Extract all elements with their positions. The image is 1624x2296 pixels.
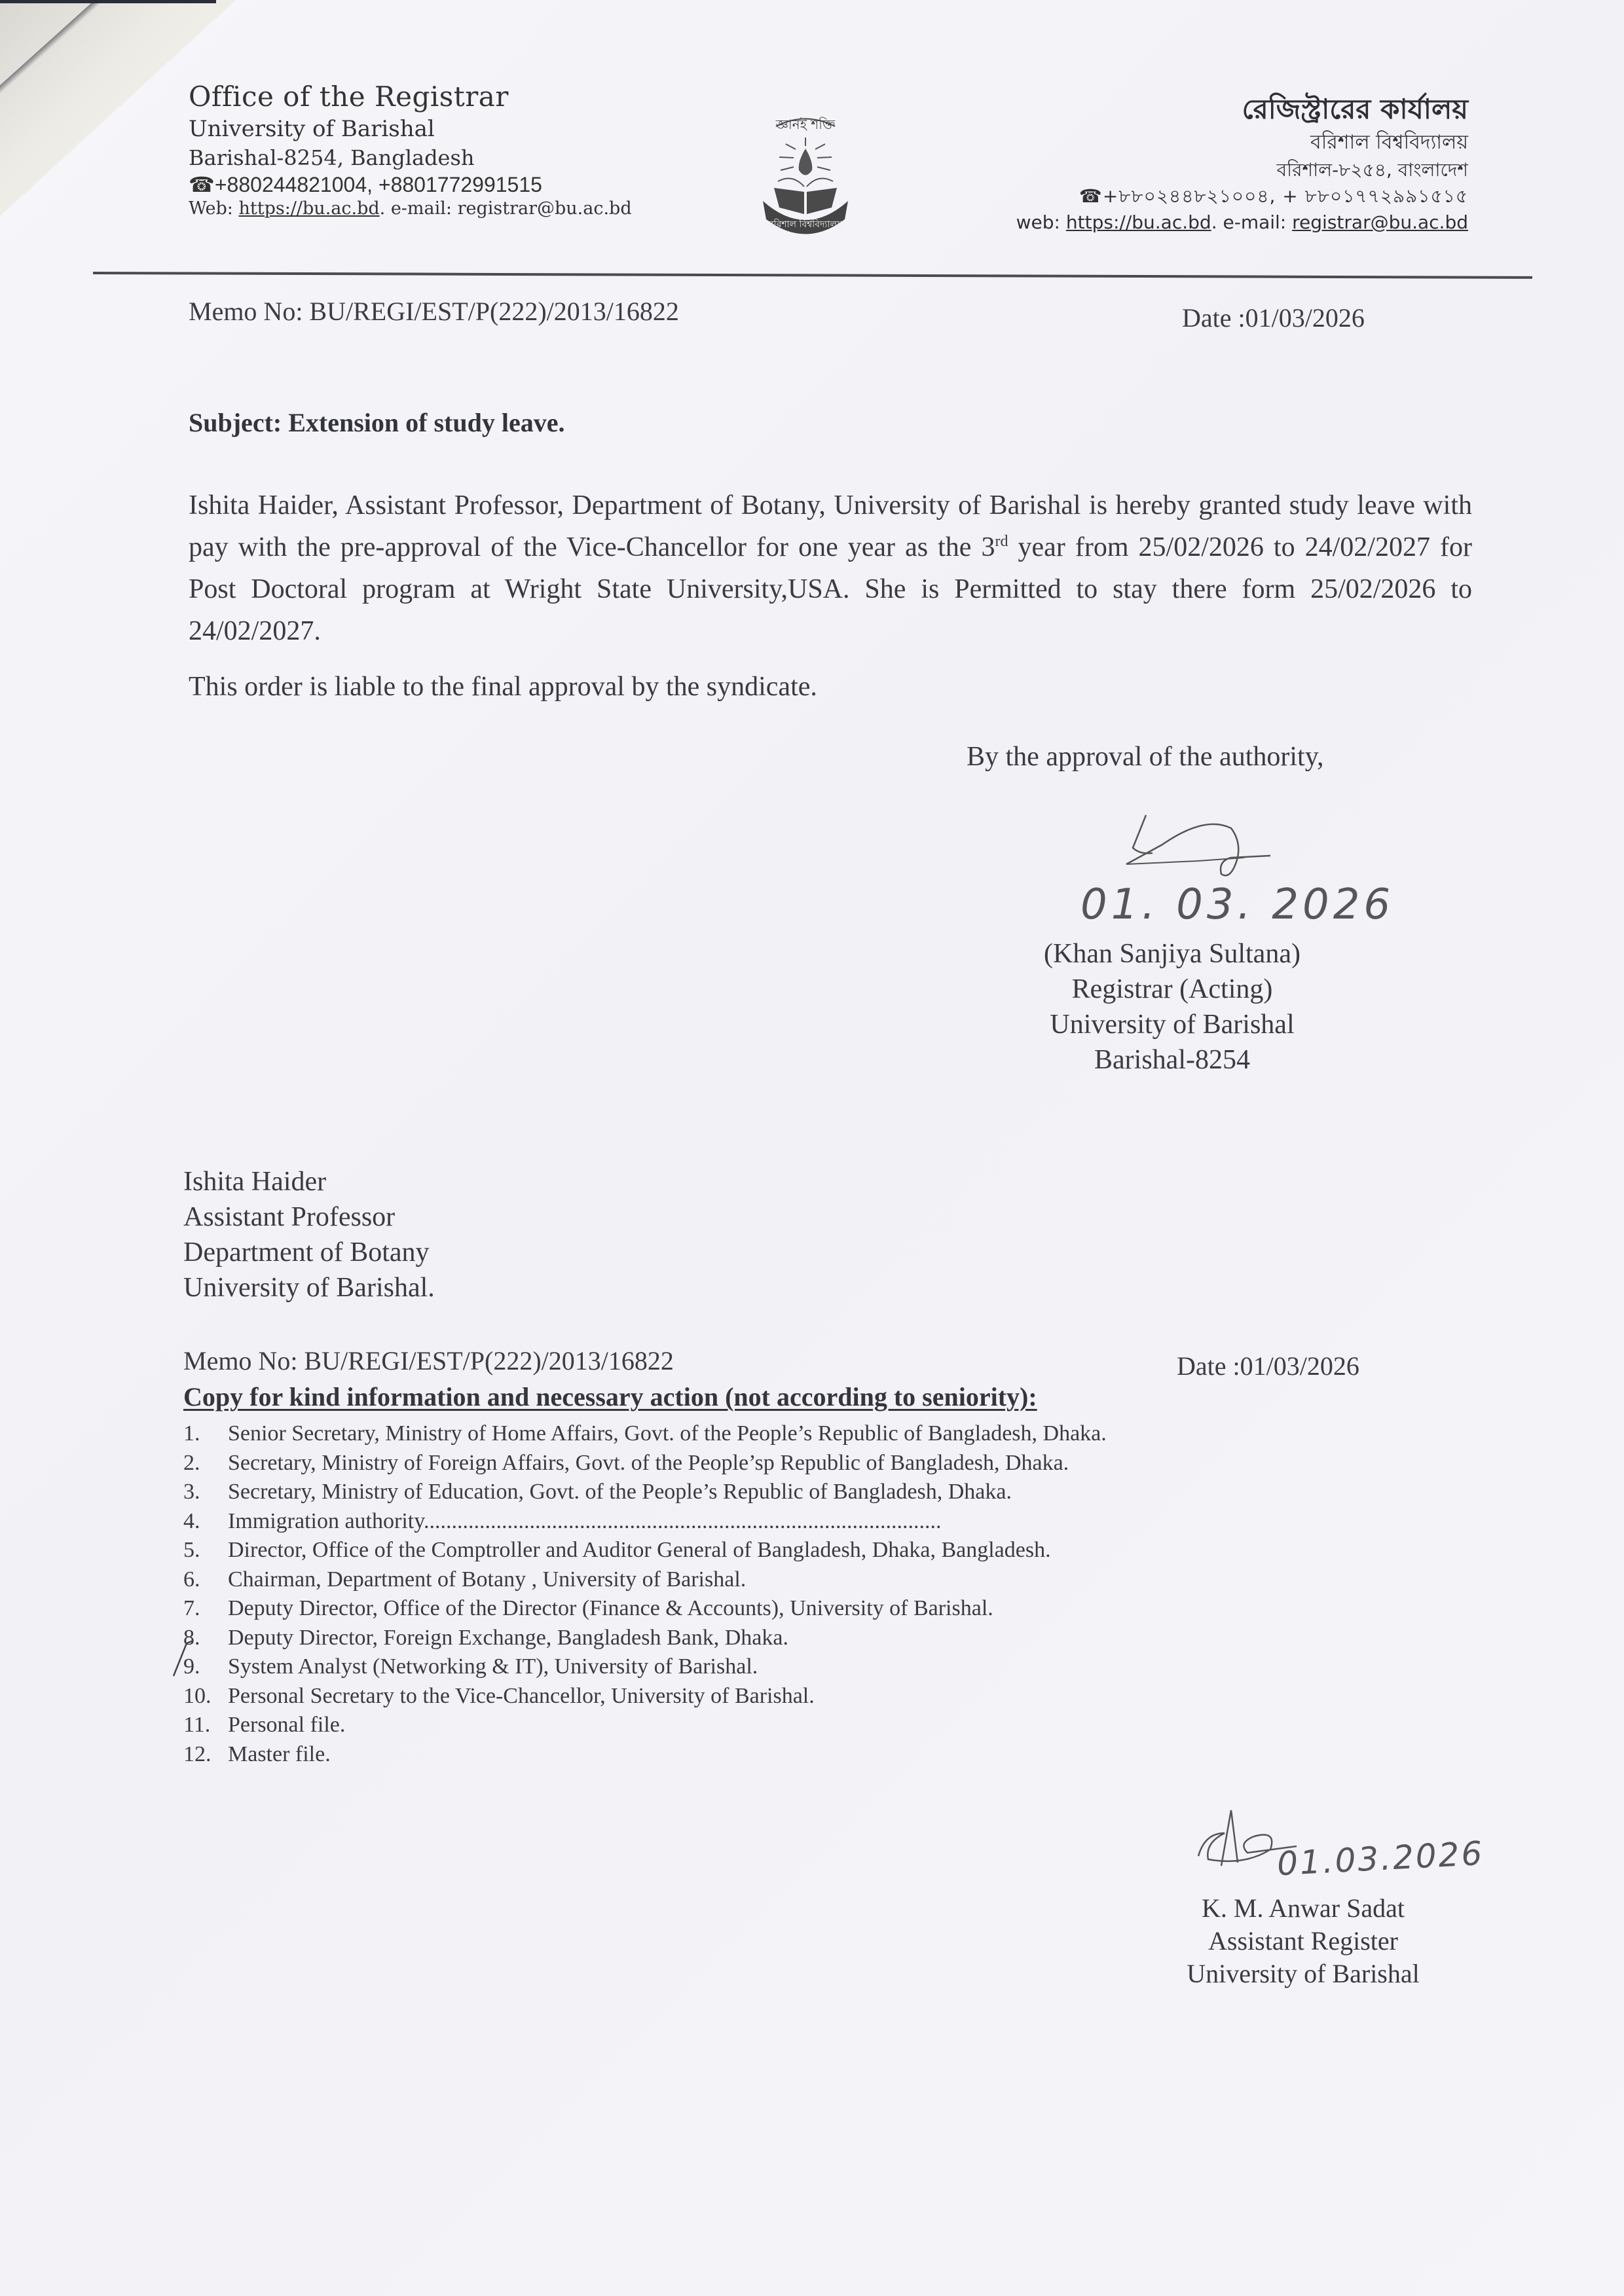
office-title-bangla: রেজিস্ট্রারের কার্যালয়: [1016, 90, 1468, 128]
assistant-registrar-block: K. M. Anwar Sadat Assistant Register Uni…: [1113, 1892, 1493, 1990]
recipient-org: University of Barishal.: [183, 1270, 435, 1305]
signatory-org: University of Barishal: [943, 1007, 1401, 1042]
copy-list-item: 1.Senior Secretary, Ministry of Home Aff…: [183, 1419, 1107, 1449]
copy-list-text: Chairman, Department of Botany , Univers…: [228, 1565, 746, 1595]
website-link[interactable]: https://bu.ac.bd: [239, 198, 380, 219]
signatory2-org: University of Barishal: [1113, 1958, 1493, 1990]
ordinal-suffix: rd: [995, 533, 1008, 550]
recipient-address: Ishita Haider Assistant Professor Depart…: [183, 1164, 435, 1305]
website-link[interactable]: https://bu.ac.bd: [1066, 211, 1211, 233]
subject-line: Subject: Extension of study leave.: [189, 407, 564, 438]
phone-line: ☎+880244821004, +8801772991515: [189, 172, 632, 198]
phone-numbers-bangla: +৮৮০২৪৪৮২১০০৪, + ৮৮০১৭৭২৯৯১৫১৫: [1103, 185, 1468, 207]
registrar-signature-block: (Khan Sanjiya Sultana) Registrar (Acting…: [943, 936, 1401, 1078]
copy-list-text: Personal Secretary to the Vice-Chancello…: [228, 1682, 815, 1711]
copy-list-item: 2.Secretary, Ministry of Foreign Affairs…: [183, 1449, 1107, 1478]
copy-list-item: 3.Secretary, Ministry of Education, Govt…: [183, 1478, 1107, 1507]
registrar-signature: [1100, 802, 1310, 887]
signatory-title: Registrar (Acting): [943, 972, 1401, 1007]
copy-list-text: Personal file.: [228, 1711, 345, 1740]
telephone-icon: ☎: [189, 173, 215, 196]
web-email-line: Web: https://bu.ac.bd. e-mail: registrar…: [189, 198, 632, 220]
copy-list-item: 4.Immigration authority.................…: [183, 1507, 1107, 1537]
scan-edge: [0, 0, 216, 3]
copy-list-number: 2.: [183, 1449, 228, 1478]
university-name-bangla: বরিশাল বিশ্ববিদ্যালয়: [1016, 128, 1468, 157]
memo-date: Date :01/03/2026: [1182, 302, 1365, 333]
copy-list-item: 7.Deputy Director, Office of the Directo…: [183, 1594, 1107, 1624]
copy-list-number: 7.: [183, 1594, 228, 1624]
address: Barishal-8254, Bangladesh: [189, 144, 632, 172]
email-label: . e-mail:: [380, 198, 458, 219]
copy-list-text: Master file.: [228, 1740, 331, 1770]
order-note: This order is liable to the final approv…: [189, 671, 817, 702]
copy-list-item: 8.Deputy Director, Foreign Exchange, Ban…: [183, 1624, 1107, 1653]
copy-memo-number: Memo No: BU/REGI/EST/P(222)/2013/16822: [183, 1345, 674, 1376]
copy-memo-date: Date :01/03/2026: [1177, 1351, 1359, 1381]
copy-list-item: 12.Master file.: [183, 1740, 1107, 1770]
copy-list-item: 5.Director, Office of the Comptroller an…: [183, 1536, 1107, 1565]
copy-list-number: 3.: [183, 1478, 228, 1507]
copy-list-item: 11.Personal file.: [183, 1711, 1107, 1740]
order-body: Ishita Haider, Assistant Professor, Depa…: [189, 484, 1472, 652]
memo-number: Memo No: BU/REGI/EST/P(222)/2013/16822: [189, 296, 679, 327]
signatory-name: (Khan Sanjiya Sultana): [943, 936, 1401, 972]
copy-list-number: 12.: [183, 1740, 228, 1770]
university-name: University of Barishal: [189, 114, 632, 144]
recipient-title: Assistant Professor: [183, 1199, 435, 1235]
web-label: Web:: [189, 198, 239, 219]
copy-list-text: Secretary, Ministry of Foreign Affairs, …: [228, 1449, 1069, 1478]
copy-list-text: Senior Secretary, Ministry of Home Affai…: [228, 1419, 1107, 1449]
recipient-name: Ishita Haider: [183, 1164, 435, 1199]
recipient-department: Department of Botany: [183, 1235, 435, 1270]
copy-list-number: 1.: [183, 1419, 228, 1449]
address-bangla: বরিশাল-৮২৫৪, বাংলাদেশ: [1016, 157, 1468, 183]
copy-list-number: 5.: [183, 1536, 228, 1565]
svg-text:জ্ঞানই শক্তি: জ্ঞানই শক্তি: [775, 117, 836, 132]
copy-heading: Copy for kind information and necessary …: [183, 1381, 1037, 1412]
phone-numbers: +880244821004, +8801772991515: [215, 173, 542, 196]
copy-list-text: System Analyst (Networking & IT), Univer…: [228, 1652, 758, 1682]
copy-list-number: 4.: [183, 1507, 228, 1537]
copy-list-text: Immigration authority...................…: [228, 1507, 942, 1537]
email-link[interactable]: registrar@bu.ac.bd: [1292, 211, 1468, 233]
email-label: . e-mail:: [1211, 211, 1292, 233]
web-email-line-bangla: web: https://bu.ac.bd. e-mail: registrar…: [1016, 210, 1468, 236]
copy-list-number: 6.: [183, 1565, 228, 1595]
copy-list-text: Secretary, Ministry of Education, Govt. …: [228, 1478, 1012, 1507]
office-title: Office of the Registrar: [189, 80, 632, 114]
copy-list-item: 10.Personal Secretary to the Vice-Chance…: [183, 1682, 1107, 1711]
university-logo: জ্ঞানই শক্তি বরিশাল বিশ্ববিদ্যালয়: [740, 108, 871, 239]
letterhead-english: Office of the Registrar University of Ba…: [189, 80, 632, 220]
copy-list-text: Deputy Director, Foreign Exchange, Bangl…: [228, 1624, 788, 1653]
svg-text:বরিশাল বিশ্ববিদ্যালয়: বরিশাল বিশ্ববিদ্যালয়: [768, 219, 843, 230]
email-link[interactable]: registrar@bu.ac.bd: [458, 198, 632, 219]
copy-list-number: 11.: [183, 1711, 228, 1740]
copy-list-text: Director, Office of the Comptroller and …: [228, 1536, 1051, 1565]
copy-list-number: 10.: [183, 1682, 228, 1711]
tick-mark: [167, 1637, 206, 1683]
copy-list-item: 9.System Analyst (Networking & IT), Univ…: [183, 1652, 1107, 1682]
signatory-city: Barishal-8254: [943, 1042, 1401, 1078]
copy-list-text: Deputy Director, Office of the Director …: [228, 1594, 993, 1624]
copy-list-item: 6.Chairman, Department of Botany , Unive…: [183, 1565, 1107, 1595]
handwritten-date: 01. 03. 2026: [1080, 881, 1394, 929]
telephone-icon: ☎: [1079, 185, 1103, 207]
copy-distribution-list: 1.Senior Secretary, Ministry of Home Aff…: [183, 1419, 1107, 1769]
signatory2-title: Assistant Register: [1113, 1925, 1493, 1958]
letterhead-bangla: রেজিস্ট্রারের কার্যালয় বরিশাল বিশ্ববিদ্…: [1016, 90, 1468, 236]
phone-line-bangla: ☎+৮৮০২৪৪৮২১০০৪, + ৮৮০১৭৭২৯৯১৫১৫: [1016, 183, 1468, 210]
approval-line: By the approval of the authority,: [967, 741, 1323, 773]
signatory2-name: K. M. Anwar Sadat: [1113, 1892, 1493, 1925]
web-label: web:: [1016, 211, 1066, 233]
